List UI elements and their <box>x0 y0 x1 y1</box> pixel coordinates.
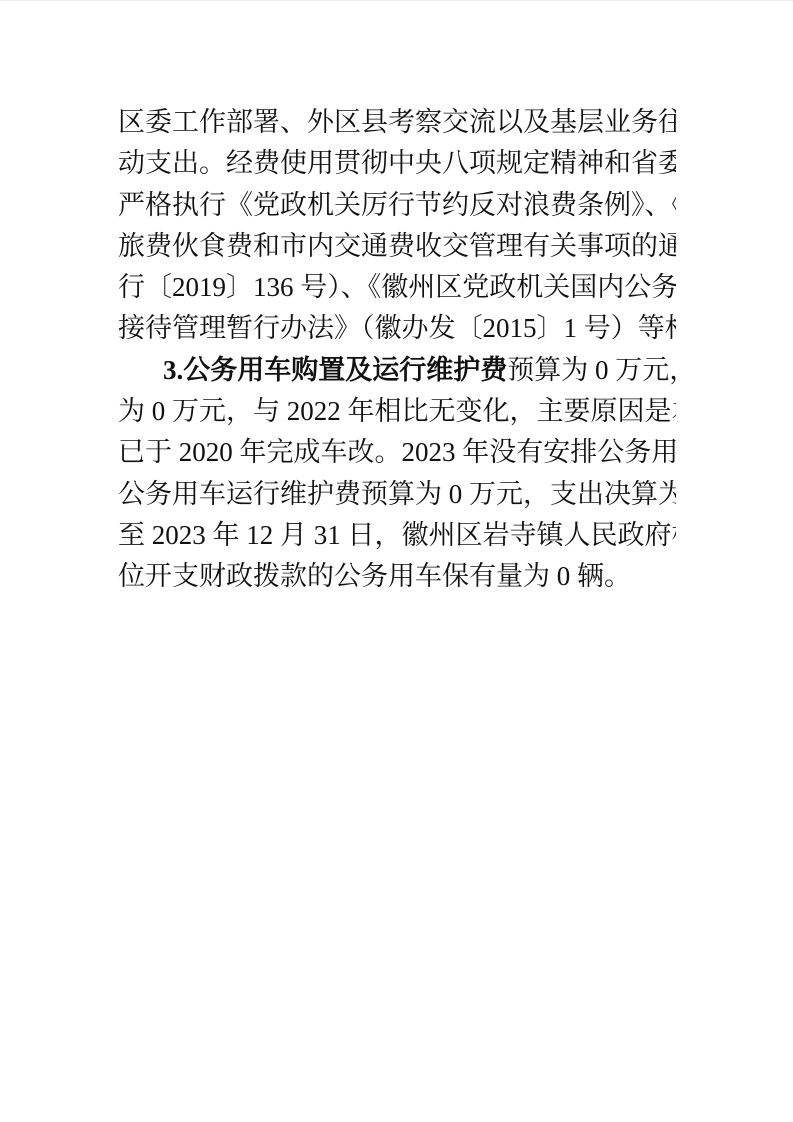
paragraph-vehicle-purchase-maintenance: 3.公务用车购置及运行维护费预算为 0 万元，支出决算 为 0 万元，与 202… <box>118 350 676 598</box>
text-line: 3.公务用车购置及运行维护费预算为 0 万元，支出决算 <box>118 350 676 391</box>
paragraph-official-activity-expense: 区委工作部署、外区县考察交流以及基层业务往来等公务活 动支出。经费使用贯彻中央八… <box>118 102 676 350</box>
text-line: 动支出。经费使用贯彻中央八项规定精神和省委实施细则， <box>118 143 676 184</box>
item3-first-line-rest: 预算为 0 万元，支出决算 <box>507 355 676 385</box>
document-page: 区委工作部署、外区县考察交流以及基层业务往来等公务活 动支出。经费使用贯彻中央八… <box>0 0 793 1122</box>
text-line: 公务用车运行维护费预算为 0 万元，支出决算为 0 万元。截 <box>118 474 676 515</box>
text-line: 旅费伙食费和市内交通费收交管理有关事项的通知》（徽财 <box>118 226 676 267</box>
text-line: 为 0 万元，与 2022 年相比无变化，主要原因是本单位车辆 <box>118 391 676 432</box>
text-line: 行〔2019〕136 号）、《徽州区党政机关国内公务考察及公务 <box>118 267 676 308</box>
text-line: 已于 2020 年完成车改。2023 年没有安排公务用车购置费。 <box>118 432 676 473</box>
text-line: 位开支财政拨款的公务用车保有量为 0 辆。 <box>118 556 676 597</box>
text-line: 接待管理暂行办法》（徽办发〔2015〕1 号）等相关规定。 <box>118 308 676 349</box>
text-line: 严格执行《党政机关厉行节约反对浪费条例》、《关于规范差 <box>118 185 676 226</box>
document-body: 区委工作部署、外区县考察交流以及基层业务往来等公务活 动支出。经费使用贯彻中央八… <box>118 102 676 598</box>
text-line: 至 2023 年 12 月 31 日，徽州区岩寺镇人民政府机关及所属单 <box>118 515 676 556</box>
item3-heading: 3.公务用车购置及运行维护费 <box>163 355 507 385</box>
text-line: 区委工作部署、外区县考察交流以及基层业务往来等公务活 <box>118 102 676 143</box>
